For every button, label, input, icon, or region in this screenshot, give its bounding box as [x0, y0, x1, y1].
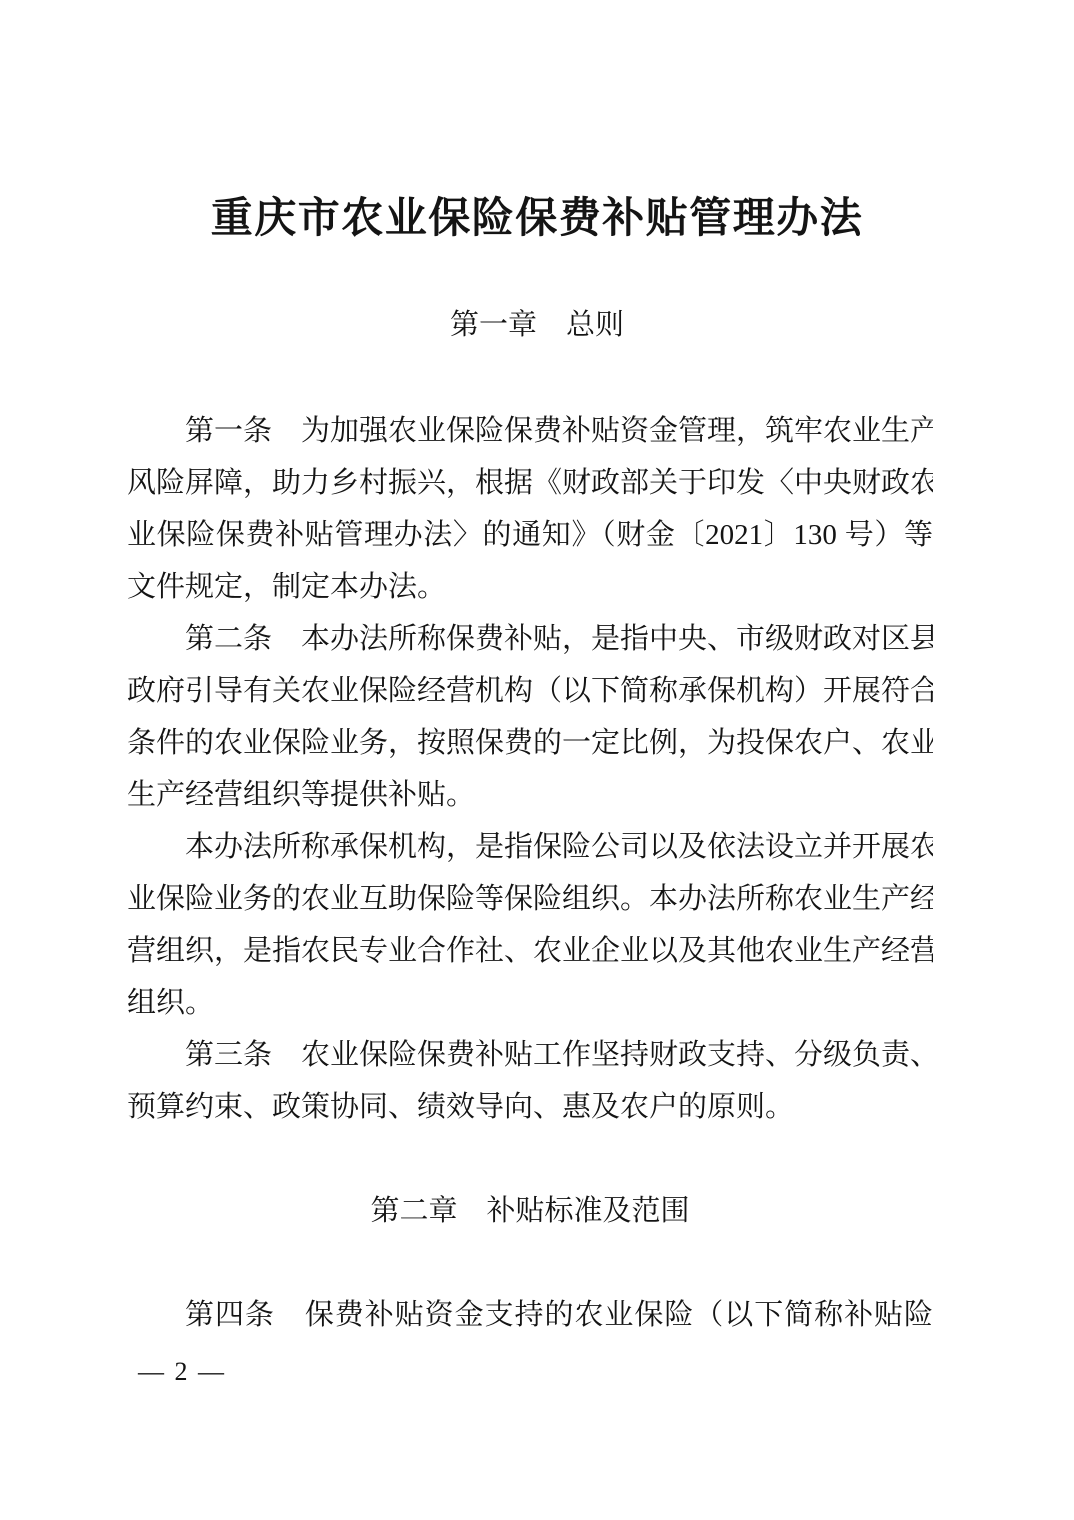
blank-line: [127, 1133, 933, 1185]
document-title: 重庆市农业保险保费补贴管理办法: [0, 191, 1074, 247]
paragraph-line: 风险屏障，助力乡村振兴，根据《财政部关于印发〈中央财政农: [127, 457, 933, 509]
paragraph-line: 预算约束、政策协同、绩效导向、惠及农户的原则。: [127, 1081, 933, 1133]
paragraph-line: 营组织，是指农民专业合作社、农业企业以及其他农业生产经营: [127, 925, 933, 977]
paragraph-line: 生产经营组织等提供补贴。: [127, 769, 933, 821]
paragraph-line: 业保险保费补贴管理办法〉的通知》（财金〔2021〕130 号）等: [127, 509, 933, 561]
chapter-2-heading: 第二章 补贴标准及范围: [127, 1185, 933, 1237]
paragraph-line: 条件的农业保险业务，按照保费的一定比例，为投保农户、农业: [127, 717, 933, 769]
paragraph-line: 第三条 农业保险保费补贴工作坚持财政支持、分级负责、: [127, 1029, 933, 1081]
chapter-1-heading: 第一章 总则: [0, 299, 1074, 351]
document-body: 第一条 为加强农业保险保费补贴资金管理，筑牢农业生产 风险屏障，助力乡村振兴，根…: [127, 405, 933, 1341]
document-page: 重庆市农业保险保费补贴管理办法 第一章 总则 第一条 为加强农业保险保费补贴资金…: [0, 0, 1074, 1520]
paragraph-line: 业保险业务的农业互助保险等保险组织。本办法所称农业生产经: [127, 873, 933, 925]
paragraph-line: 第二条 本办法所称保费补贴，是指中央、市级财政对区县: [127, 613, 933, 665]
paragraph-line: 文件规定，制定本办法。: [127, 561, 933, 613]
paragraph-line: 第四条 保费补贴资金支持的农业保险（以下简称补贴险: [127, 1289, 933, 1341]
paragraph-line: 政府引导有关农业保险经营机构（以下简称承保机构）开展符合: [127, 665, 933, 717]
paragraph-line: 第一条 为加强农业保险保费补贴资金管理，筑牢农业生产: [127, 405, 933, 457]
paragraph-line: 组织。: [127, 977, 933, 1029]
blank-line: [127, 1237, 933, 1289]
page-number: — 2 —: [138, 1355, 226, 1389]
paragraph-line: 本办法所称承保机构，是指保险公司以及依法设立并开展农: [127, 821, 933, 873]
